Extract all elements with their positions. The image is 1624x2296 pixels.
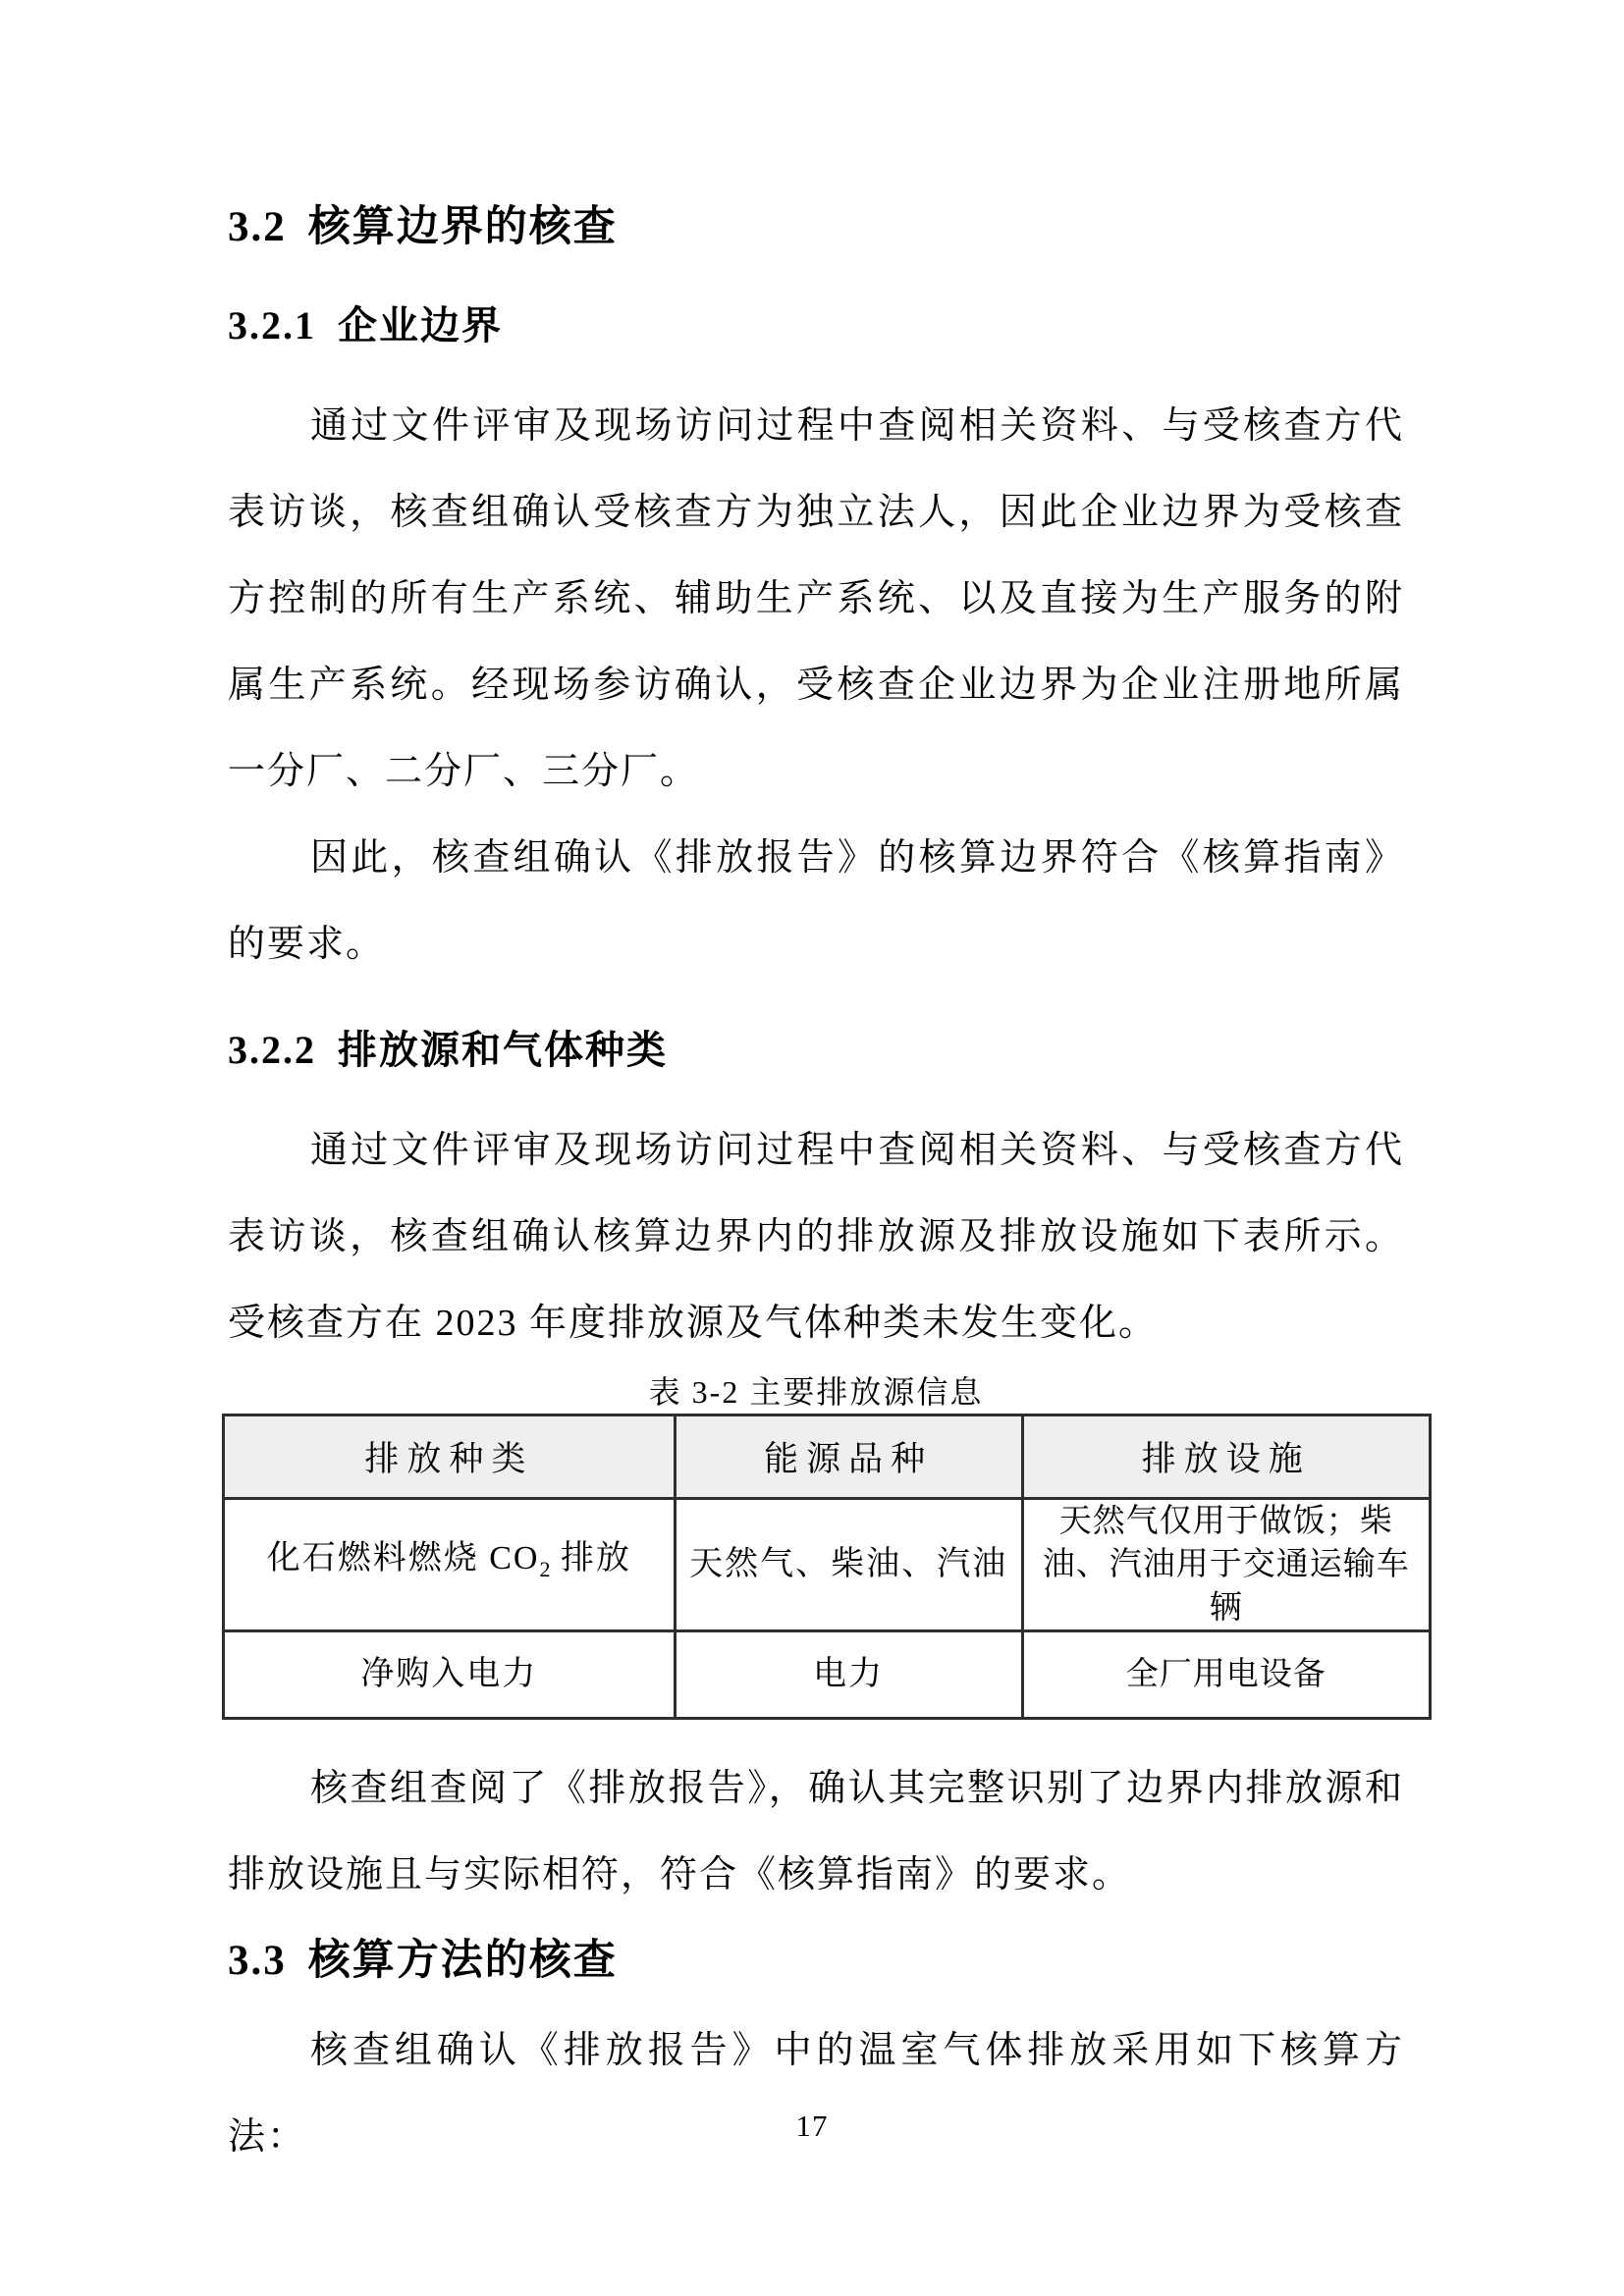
table-caption: 表 3-2 主要排放源信息: [228, 1370, 1404, 1414]
table-header-row: 排放种类 能源品种 排放设施: [224, 1415, 1431, 1498]
section-number: 3.2.2: [228, 1028, 316, 1072]
section-3-2-1-heading: 3.2.1企业边界: [228, 302, 1404, 349]
section-title: 排放源和气体种类: [338, 1028, 668, 1072]
cell-text: 化石燃料燃烧 CO: [267, 1540, 540, 1576]
paragraph-table-conclusion: 核查组查阅了《排放报告》，确认其完整识别了边界内排放源和排放设施且与实际相符，符…: [228, 1745, 1404, 1918]
section-3-2-heading: 3.2核算边界的核查: [228, 202, 1404, 253]
paragraph-method-intro: 核查组确认《排放报告》中的温室气体排放采用如下核算方法：: [228, 2007, 1404, 2180]
cell-emission-facility: 全厂用电设备: [1022, 1630, 1430, 1718]
page-number: 17: [0, 2109, 1624, 2144]
cell-text: 排放: [550, 1540, 631, 1576]
header-emission-facility: 排放设施: [1022, 1415, 1430, 1498]
header-emission-type: 排放种类: [224, 1415, 676, 1498]
cell-emission-facility: 天然气仅用于做饭；柴油、汽油用于交通运输车辆: [1022, 1498, 1430, 1630]
cell-energy-type: 天然气、柴油、汽油: [675, 1498, 1022, 1630]
document-page: 3.2核算边界的核查 3.2.1企业边界 通过文件评审及现场访问过程中查阅相关资…: [0, 0, 1624, 2296]
section-title: 企业边界: [338, 303, 503, 347]
cell-emission-type: 化石燃料燃烧 CO2 排放: [224, 1498, 676, 1630]
section-number: 3.2.1: [228, 303, 316, 347]
co2-subscript: 2: [539, 1557, 550, 1581]
paragraph-enterprise-boundary: 通过文件评审及现场访问过程中查阅相关资料、与受核查方代表访谈，核查组确认受核查方…: [228, 383, 1404, 815]
paragraph-boundary-conclusion: 因此，核查组确认《排放报告》的核算边界符合《核算指南》的要求。: [228, 815, 1404, 988]
section-title: 核算边界的核查: [308, 204, 618, 250]
section-3-2-2-heading: 3.2.2排放源和气体种类: [228, 1027, 1404, 1074]
cell-emission-type: 净购入电力: [224, 1630, 676, 1718]
header-energy-type: 能源品种: [675, 1415, 1022, 1498]
table-row: 化石燃料燃烧 CO2 排放 天然气、柴油、汽油 天然气仅用于做饭；柴油、汽油用于…: [224, 1498, 1431, 1630]
emission-sources-table: 排放种类 能源品种 排放设施 化石燃料燃烧 CO2 排放 天然气、柴油、汽油 天…: [222, 1414, 1432, 1720]
table-row: 净购入电力 电力 全厂用电设备: [224, 1630, 1431, 1718]
section-3-3-heading: 3.3核算方法的核查: [228, 1936, 1404, 1987]
paragraph-emission-sources: 通过文件评审及现场访问过程中查阅相关资料、与受核查方代表访谈，核查组确认核算边界…: [228, 1107, 1404, 1366]
section-number: 3.3: [228, 1938, 287, 1984]
section-title: 核算方法的核查: [308, 1938, 618, 1984]
cell-energy-type: 电力: [675, 1630, 1022, 1718]
section-number: 3.2: [228, 204, 287, 250]
